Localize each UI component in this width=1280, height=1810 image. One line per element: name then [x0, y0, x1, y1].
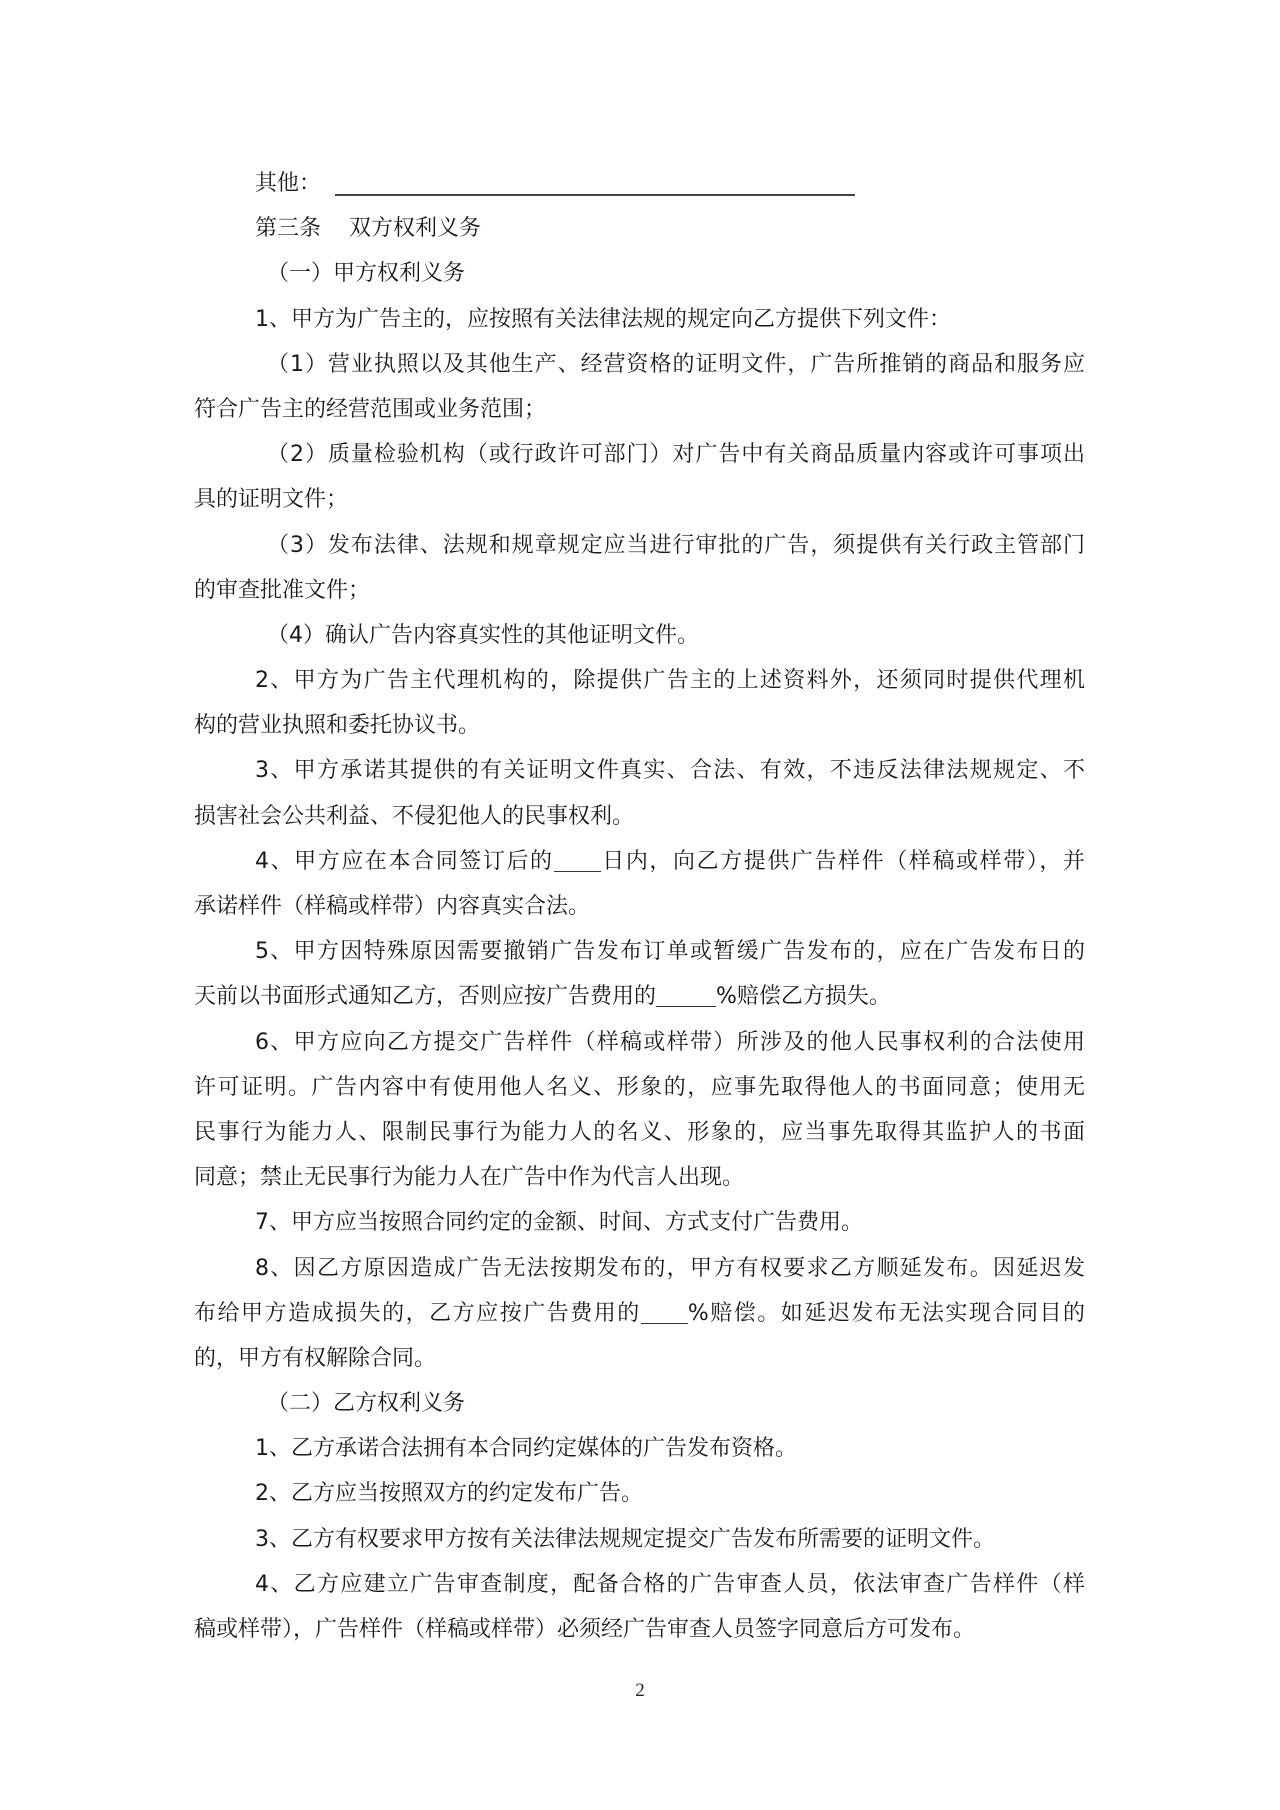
- article-heading: 第三条双方权利义务: [194, 206, 1085, 251]
- subclause-2-line-2: 具的证明文件；: [194, 477, 1085, 522]
- clause-a8-line-3: 的，甲方有权解除合同。: [194, 1336, 1085, 1381]
- contract-body: 其他： 第三条双方权利义务 （一）甲方权利义务 1、甲方为广告主的，应按照有关法…: [194, 161, 1085, 1652]
- clause-a3-line-2: 损害社会公共利益、不侵犯他人的民事权利。: [194, 794, 1085, 839]
- subclause-2-line-1: （2）质量检验机构（或行政许可部门）对广告中有关商品质量内容或许可事项出: [194, 432, 1085, 477]
- subclause-1-line-1: （1）营业执照以及其他生产、经营资格的证明文件，广告所推销的商品和服务应: [194, 342, 1085, 387]
- clause-b4-line-2: 稿或样带），广告样件（样稿或样带）必须经广告审查人员签字同意后方可发布。: [194, 1607, 1085, 1652]
- document-page: 其他： 第三条双方权利义务 （一）甲方权利义务 1、甲方为广告主的，应按照有关法…: [0, 0, 1280, 1810]
- subclause-3-line-2: 的审查批准文件；: [194, 568, 1085, 613]
- section-b-heading: （二）乙方权利义务: [194, 1381, 1085, 1426]
- clause-a6-line-3: 民事行为能力人、限制民事行为能力人的名义、形象的，应当事先取得其监护人的书面: [194, 1110, 1085, 1155]
- other-blank-field[interactable]: [335, 194, 855, 196]
- subclause-4: （4）确认广告内容真实性的其他证明文件。: [194, 613, 1085, 658]
- clause-a8-text-2: %赔偿。如延迟发布无法实现合同目的: [688, 1301, 1085, 1326]
- clause-a5-line-2: 天前以书面形式通知乙方，否则应按广告费用的%赔偿乙方损失。: [194, 974, 1085, 1019]
- clause-a8-line-1: 8、因乙方原因造成广告无法按期发布的，甲方有权要求乙方顺延发布。因延迟发: [194, 1246, 1085, 1291]
- clause-a2-line-2: 构的营业执照和委托协议书。: [194, 703, 1085, 748]
- compensation-percent-blank-field[interactable]: [641, 1323, 688, 1324]
- article-number: 第三条: [255, 216, 321, 241]
- article-title: 双方权利义务: [349, 216, 481, 241]
- percent-blank-field[interactable]: [656, 1006, 716, 1007]
- clause-a3-line-1: 3、甲方承诺其提供的有关证明文件真实、合法、有效，不违反法律法规规定、不: [194, 748, 1085, 793]
- clause-a4-text-1: 4、甲方应在本合同签订后的: [255, 849, 554, 874]
- clause-a5-text-1: 天前以书面形式通知乙方，否则应按广告费用的: [194, 984, 656, 1009]
- clause-a6-line-1: 6、甲方应向乙方提交广告样件（样稿或样带）所涉及的他人民事权利的合法使用: [194, 1020, 1085, 1065]
- clause-a8-text-1: 布给甲方造成损失的，乙方应按广告费用的: [194, 1301, 641, 1326]
- clause-a4-line-1: 4、甲方应在本合同签订后的日内，向乙方提供广告样件（样稿或样带），并: [194, 839, 1085, 884]
- other-field-line: 其他：: [194, 161, 1085, 206]
- clause-a5-line-1: 5、甲方因特殊原因需要撤销广告发布订单或暂缓广告发布的，应在广告发布日的: [194, 929, 1085, 974]
- clause-a1: 1、甲方为广告主的，应按照有关法律法规的规定向乙方提供下列文件：: [194, 297, 1085, 342]
- clause-a6-line-4: 同意；禁止无民事行为能力人在广告中作为代言人出现。: [194, 1155, 1085, 1200]
- subclause-3-line-1: （3）发布法律、法规和规章规定应当进行审批的广告，须提供有关行政主管部门: [194, 523, 1085, 568]
- clause-a7: 7、甲方应当按照合同约定的金额、时间、方式支付广告费用。: [194, 1200, 1085, 1245]
- clause-a4-text-2: 日内，向乙方提供广告样件（样稿或样带），并: [601, 849, 1085, 874]
- clause-a2-line-1: 2、甲方为广告主代理机构的，除提供广告主的上述资料外，还须同时提供代理机: [194, 658, 1085, 703]
- days-blank-field[interactable]: [554, 871, 601, 872]
- page-number: 2: [0, 1680, 1280, 1702]
- clause-b3: 3、乙方有权要求甲方按有关法律法规规定提交广告发布所需要的证明文件。: [194, 1517, 1085, 1562]
- clause-a6-line-2: 许可证明。广告内容中有使用他人名义、形象的，应事先取得他人的书面同意；使用无: [194, 1065, 1085, 1110]
- clause-a8-line-2: 布给甲方造成损失的，乙方应按广告费用的%赔偿。如延迟发布无法实现合同目的: [194, 1291, 1085, 1336]
- clause-b1: 1、乙方承诺合法拥有本合同约定媒体的广告发布资格。: [194, 1426, 1085, 1471]
- section-a-heading: （一）甲方权利义务: [194, 251, 1085, 296]
- other-label: 其他：: [255, 171, 321, 196]
- clause-a5-text-2: %赔偿乙方损失。: [716, 984, 891, 1009]
- clause-b4-line-1: 4、乙方应建立广告审查制度，配备合格的广告审查人员，依法审查广告样件（样: [194, 1562, 1085, 1607]
- subclause-1-line-2: 符合广告主的经营范围或业务范围；: [194, 387, 1085, 432]
- clause-b2: 2、乙方应当按照双方的约定发布广告。: [194, 1471, 1085, 1516]
- clause-a4-line-2: 承诺样件（样稿或样带）内容真实合法。: [194, 884, 1085, 929]
